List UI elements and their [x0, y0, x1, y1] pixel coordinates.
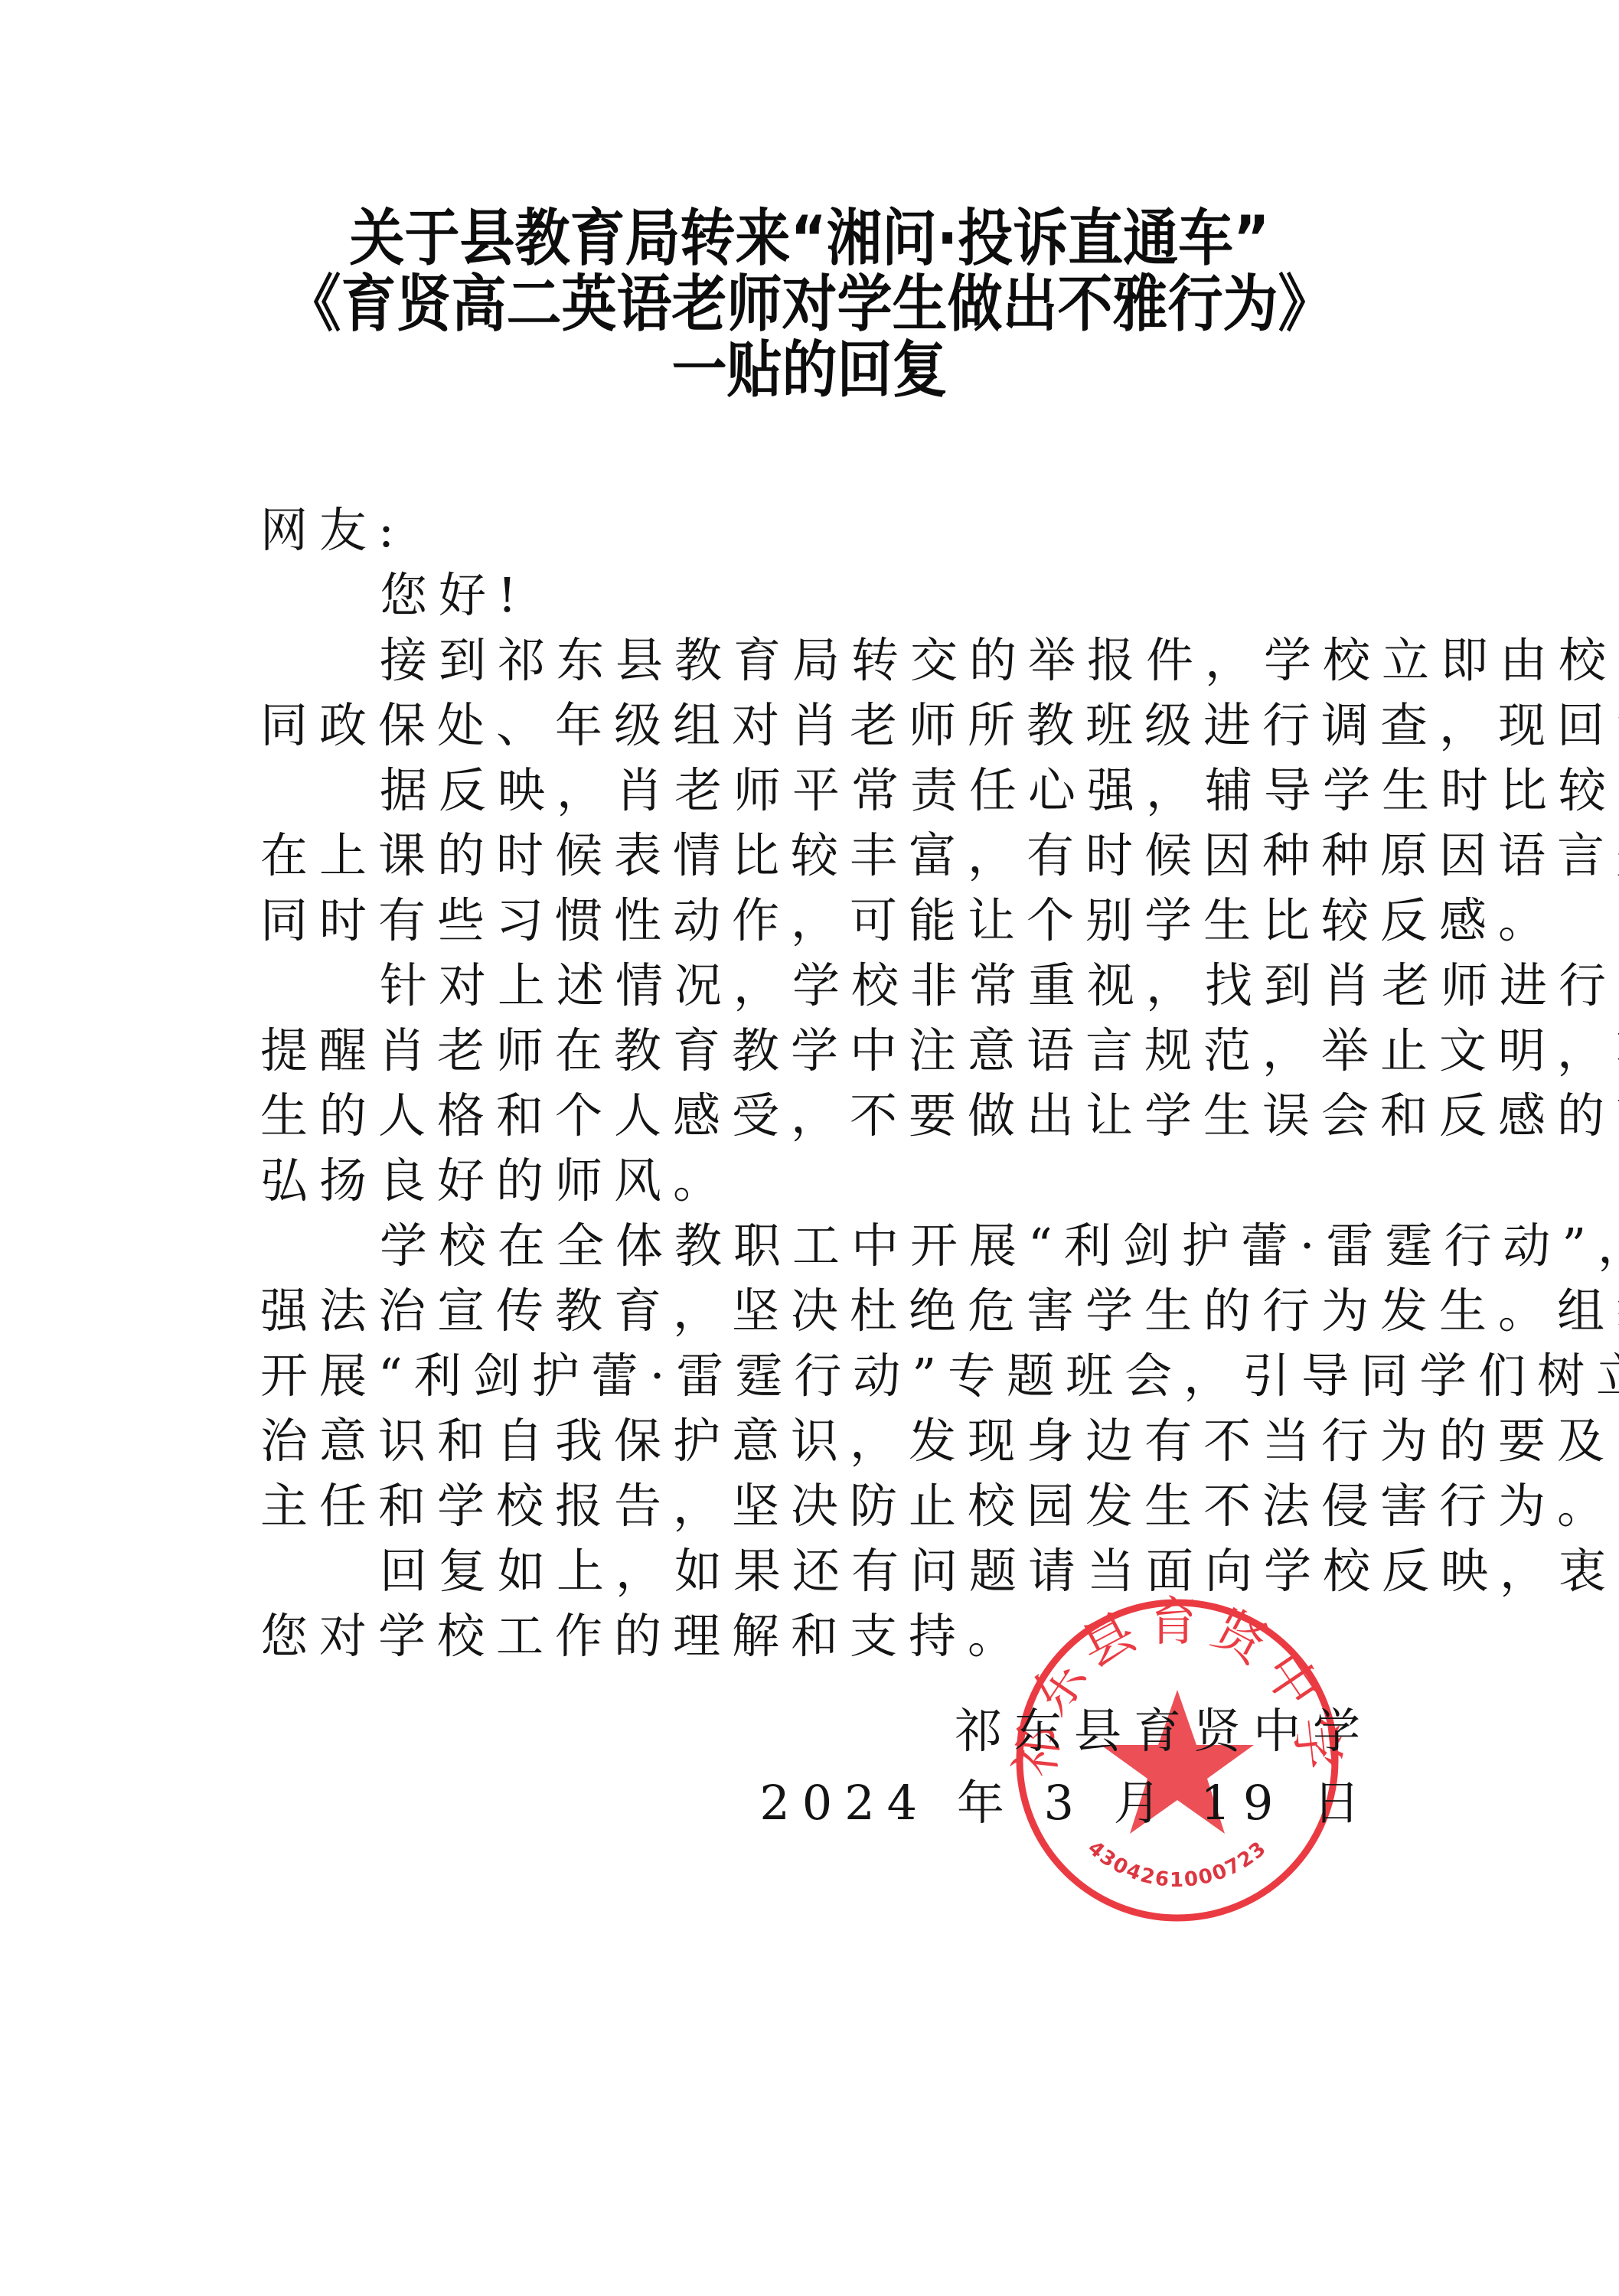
- paragraph-line: 同政保处、年级组对肖老师所教班级进行调查，现回复如下:: [260, 693, 1378, 758]
- paragraph-5: 回复如上，如果还有问题请当面向学校反映，衷心感谢 您对学校工作的理解和支持。: [260, 1538, 1378, 1668]
- title-line-2: 《育贤高二英语老师对学生做出不雅行为》: [230, 267, 1389, 341]
- paragraph-line: 生的人格和个人感受，不要做出让学生误会和反感的言行，: [260, 1083, 1378, 1148]
- document-title: 关于县教育局转来“湘问·投诉直通车” 《育贤高二英语老师对学生做出不雅行为》 一…: [230, 205, 1389, 403]
- greeting: 您好!: [260, 563, 1378, 628]
- salutation: 网友:: [260, 497, 1378, 563]
- paragraph-line: 强法治宣传教育，坚决杜绝危害学生的行为发生。组织各班: [260, 1278, 1378, 1343]
- paragraph-line: 开展“利剑护蕾·雷霆行动”专题班会，引导同学们树立法: [260, 1343, 1378, 1408]
- signature-organization: 祁东县育贤中学: [759, 1695, 1373, 1767]
- title-line-1: 关于县教育局转来“湘问·投诉直通车”: [230, 201, 1389, 275]
- paragraph-4: 学校在全体教职工中开展“利剑护蕾·雷霆行动”，加 强法治宣传教育，坚决杜绝危害学…: [260, 1213, 1378, 1538]
- paragraph-line: 学校在全体教职工中开展“利剑护蕾·雷霆行动”，加: [260, 1213, 1378, 1278]
- document-page: 关于县教育局转来“湘问·投诉直通车” 《育贤高二英语老师对学生做出不雅行为》 一…: [0, 0, 1619, 2296]
- paragraph-line: 回复如上，如果还有问题请当面向学校反映，衷心感谢: [260, 1538, 1378, 1603]
- paragraph-2: 据反映，肖老师平常责任心强，辅导学生时比较认真， 在上课的时候表情比较丰富，有时…: [260, 758, 1378, 953]
- paragraph-3: 针对上述情况，学校非常重视，找到肖老师进行谈话， 提醒肖老师在教育教学中注意语言…: [260, 953, 1378, 1213]
- letter-body: 网友: 您好! 接到祁东县教育局转交的举报件，学校立即由校纪检会 同政保处、年级…: [260, 497, 1378, 1668]
- paragraph-line: 主任和学校报告，坚决防止校园发生不法侵害行为。: [260, 1473, 1378, 1538]
- paragraph-line: 您对学校工作的理解和支持。: [260, 1603, 1378, 1668]
- paragraph-line: 在上课的时候表情比较丰富，有时候因种种原因语言失声，: [260, 823, 1378, 888]
- paragraph-line: 提醒肖老师在教育教学中注意语言规范，举止文明，尊重学: [260, 1018, 1378, 1083]
- paragraph-1: 接到祁东县教育局转交的举报件，学校立即由校纪检会 同政保处、年级组对肖老师所教班…: [260, 628, 1378, 758]
- paragraph-line: 据反映，肖老师平常责任心强，辅导学生时比较认真，: [260, 758, 1378, 823]
- signature-date: 2024 年 3 月 19 日: [759, 1767, 1373, 1839]
- paragraph-line: 弘扬良好的师风。: [260, 1148, 1378, 1213]
- paragraph-line: 接到祁东县教育局转交的举报件，学校立即由校纪检会: [260, 628, 1378, 693]
- paragraph-line: 针对上述情况，学校非常重视，找到肖老师进行谈话，: [260, 953, 1378, 1018]
- paragraph-line: 治意识和自我保护意识，发现身边有不当行为的要及时向班: [260, 1408, 1378, 1473]
- title-line-3: 一贴的回复: [230, 333, 1389, 406]
- paragraph-line: 同时有些习惯性动作，可能让个别学生比较反感。: [260, 888, 1378, 953]
- seal-code-text: 4304261000723: [1083, 1837, 1271, 1892]
- signature-block: 祁东县育贤中学 2024 年 3 月 19 日: [759, 1695, 1373, 1839]
